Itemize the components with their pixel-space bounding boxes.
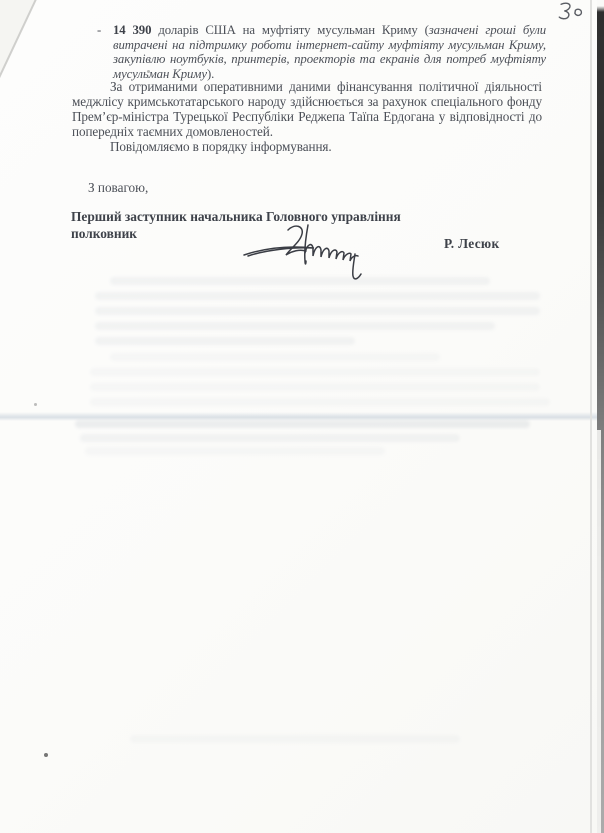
bullet-marker: - <box>97 23 113 81</box>
closing-salutation: З повагою, <box>88 180 148 196</box>
bleed-through-line <box>95 322 495 330</box>
bleed-through-line <box>95 292 540 300</box>
ink-speck <box>34 403 37 406</box>
bullet-item: - 14 390 доларів США на муфтіяту мусульм… <box>97 23 546 81</box>
corner-crease-line <box>0 0 60 95</box>
bullet-regular-text: доларів США на муфтіяту мусульман Криму … <box>151 23 428 37</box>
bleed-through-line <box>75 420 530 428</box>
bleed-through-line <box>95 337 355 345</box>
paragraph: За отриманими оперативними даними фінанс… <box>72 79 542 139</box>
bleed-through-line <box>90 368 540 376</box>
signer-name: Р. Лесюк <box>444 236 499 252</box>
bleed-through-line <box>95 307 540 315</box>
signature-scrawl <box>242 221 382 287</box>
body-paragraphs: За отриманими оперативними даними фінанс… <box>72 79 542 154</box>
scanned-document-page: - 14 390 доларів США на муфтіяту мусульм… <box>0 0 604 833</box>
ink-speck <box>44 753 48 757</box>
fold-crease-line <box>0 412 604 421</box>
scan-edge-mask <box>597 430 601 833</box>
bleed-through-line <box>130 735 460 743</box>
bleed-through-line <box>90 383 540 391</box>
bullet-amount: 14 390 <box>113 23 151 37</box>
paragraph: Повідомляємо в порядку інформування. <box>72 139 542 154</box>
handwritten-page-number <box>556 1 590 25</box>
bullet-text: 14 390 доларів США на муфтіяту мусульман… <box>113 23 546 81</box>
bleed-through-line <box>110 353 440 361</box>
scan-edge-faint-line <box>590 0 592 833</box>
bleed-through-line <box>80 434 460 442</box>
bleed-through-line <box>85 447 385 455</box>
bleed-through-line <box>90 398 550 406</box>
